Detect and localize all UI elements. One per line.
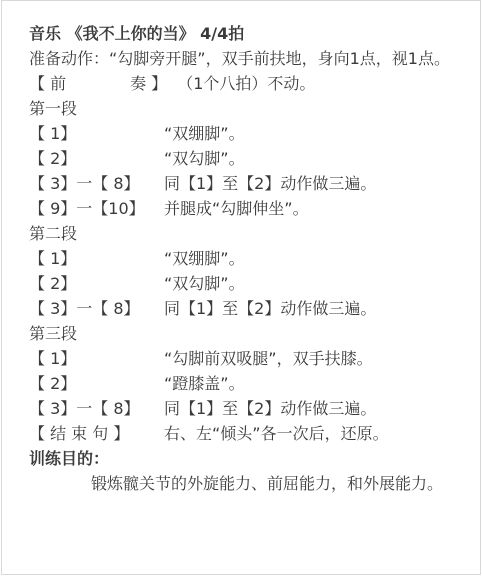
ending-desc: 右、左“倾头”各一次后，还原。 bbox=[164, 421, 389, 446]
beat-label: 【 2】 bbox=[29, 146, 164, 171]
beat-label: 【 1】 bbox=[29, 246, 164, 271]
ending-row: 【 结 束 句 】 右、左“倾头”各一次后，还原。 bbox=[29, 421, 464, 446]
beat-desc: 同【1】至【2】动作做三遍。 bbox=[164, 171, 376, 196]
beat-row: 【 3】一【 8】 同【1】至【2】动作做三遍。 bbox=[29, 296, 464, 321]
beat-desc: “蹬膝盖”。 bbox=[164, 371, 245, 396]
ending-label: 【 结 束 句 】 bbox=[29, 421, 164, 446]
beat-label: 【 3】一【 8】 bbox=[29, 296, 164, 321]
beat-desc: “双勾脚”。 bbox=[164, 146, 245, 171]
beat-desc: “双绷脚”。 bbox=[164, 246, 245, 271]
prelude-row: 【 前 奏 】 （1个八拍）不动。 bbox=[29, 71, 464, 96]
section-heading-1: 第一段 bbox=[29, 96, 464, 121]
prep-paragraph: 准备动作：“勾脚旁开腿”，双手前扶地，身向1点，视1点。 bbox=[29, 46, 453, 71]
prelude-label: 【 前 奏 】 bbox=[29, 71, 167, 96]
beat-desc: 同【1】至【2】动作做三遍。 bbox=[164, 296, 376, 321]
beat-row: 【 3】一【 8】 同【1】至【2】动作做三遍。 bbox=[29, 171, 464, 196]
beat-row: 【 1】 “双绷脚”。 bbox=[29, 121, 464, 146]
document-page: 音乐 《我不上你的当》 4/4拍 准备动作：“勾脚旁开腿”，双手前扶地，身向1点… bbox=[1, 0, 481, 575]
beat-desc: 并腿成“勾脚伸坐”。 bbox=[164, 196, 309, 221]
beat-label: 【 2】 bbox=[29, 271, 164, 296]
beat-desc: 同【1】至【2】动作做三遍。 bbox=[164, 396, 376, 421]
music-title: 音乐 《我不上你的当》 4/4拍 bbox=[29, 21, 464, 46]
beat-row: 【 3】一【 8】 同【1】至【2】动作做三遍。 bbox=[29, 396, 464, 421]
prelude-desc: （1个八拍）不动。 bbox=[177, 71, 315, 96]
beat-desc: “双勾脚”。 bbox=[164, 271, 245, 296]
beat-desc: “勾脚前双吸腿”，双手扶膝。 bbox=[164, 346, 373, 371]
training-purpose-heading: 训练目的： bbox=[29, 446, 464, 471]
beat-label: 【 1】 bbox=[29, 121, 164, 146]
beat-row: 【 1】 “双绷脚”。 bbox=[29, 246, 464, 271]
beat-label: 【 3】一【 8】 bbox=[29, 396, 164, 421]
section-heading-2: 第二段 bbox=[29, 221, 464, 246]
beat-label: 【 3】一【 8】 bbox=[29, 171, 164, 196]
beat-row: 【 2】 “蹬膝盖”。 bbox=[29, 371, 464, 396]
beat-label: 【 1】 bbox=[29, 346, 164, 371]
beat-row: 【 1】 “勾脚前双吸腿”，双手扶膝。 bbox=[29, 346, 464, 371]
section-heading-3: 第三段 bbox=[29, 321, 464, 346]
beat-row: 【 2】 “双勾脚”。 bbox=[29, 146, 464, 171]
beat-row: 【 9】一【10】 并腿成“勾脚伸坐”。 bbox=[29, 196, 464, 221]
beat-label: 【 2】 bbox=[29, 371, 164, 396]
training-purpose-body: 锻炼髋关节的外旋能力、前屈能力，和外展能力。 bbox=[29, 471, 464, 496]
beat-row: 【 2】 “双勾脚”。 bbox=[29, 271, 464, 296]
beat-desc: “双绷脚”。 bbox=[164, 121, 245, 146]
beat-label: 【 9】一【10】 bbox=[29, 196, 164, 221]
